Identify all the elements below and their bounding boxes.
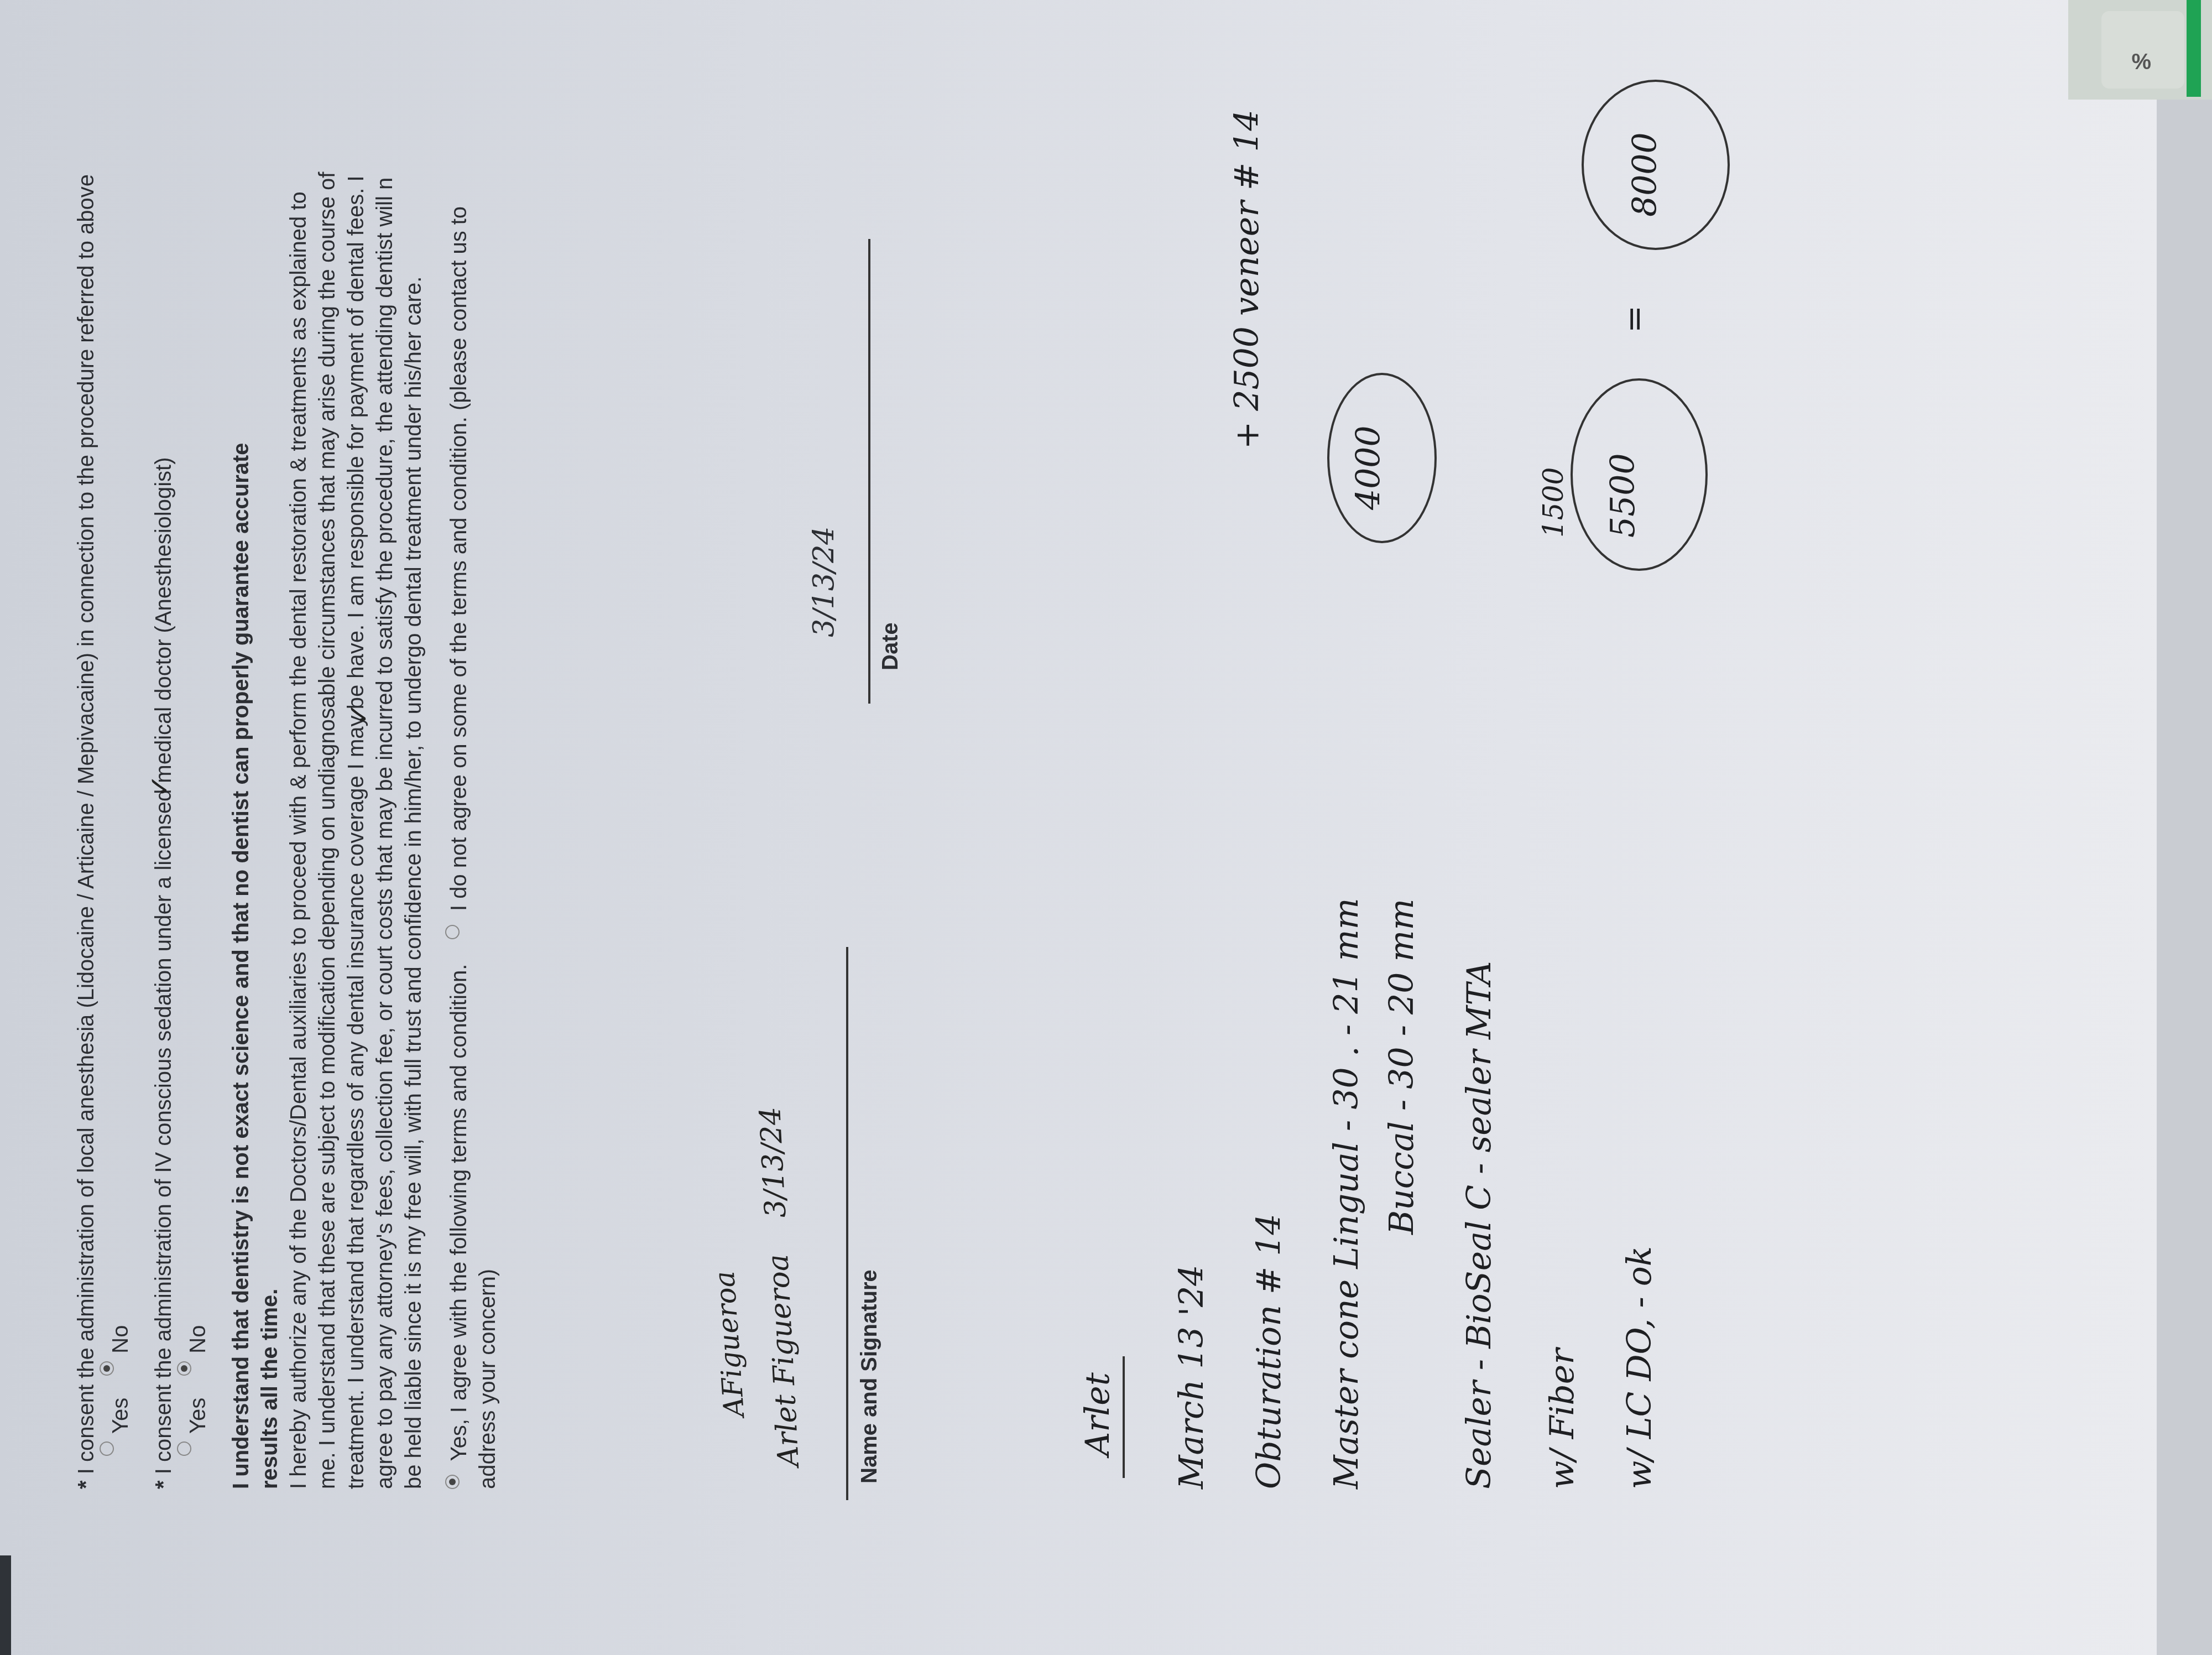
question-local-anesthesia: * I consent the administration of local … bbox=[72, 162, 101, 1489]
handwritten-signature: AFigueroa bbox=[708, 1270, 750, 1418]
fee-veneer: + 2500 veneer # 14 bbox=[1228, 110, 1266, 449]
signature-label: Name and Signature bbox=[857, 947, 882, 1484]
note-line: w/ LC DO, - ok bbox=[1620, 1246, 1659, 1489]
printed-form: * I consent the administration of local … bbox=[72, 162, 502, 1489]
question-text: I consent the administration of local an… bbox=[74, 174, 98, 1474]
note-line: Sealer - BioSeal C - sealer MTA bbox=[1460, 961, 1499, 1489]
radio-group-local-anesthesia: Yes No bbox=[106, 162, 135, 1456]
name-text: Arlet Figueroa bbox=[761, 1253, 806, 1467]
radio-no[interactable] bbox=[100, 1361, 114, 1376]
authorization-paragraph: I hereby authorize any of the Doctors/De… bbox=[284, 162, 428, 1489]
fee-subtotal: 4000 bbox=[1349, 425, 1388, 510]
agree-label: Yes, I agree with the following terms an… bbox=[447, 964, 471, 1461]
notes-header: Arlet bbox=[1078, 1372, 1117, 1456]
radio-label-no: No bbox=[106, 1325, 135, 1354]
question-text: I consent the administration of IV consc… bbox=[152, 457, 176, 1475]
required-mark: * bbox=[152, 1480, 176, 1489]
green-stripe bbox=[2187, 0, 2201, 97]
notes-header-underline bbox=[1123, 1356, 1125, 1478]
signature-block: AFigueroa Arlet Figueroa 3/13/24 Name an… bbox=[846, 947, 882, 1500]
agreement-group: Yes, I agree with the following terms an… bbox=[445, 162, 502, 1489]
date-label: Date bbox=[878, 239, 903, 670]
note-line: Obturation # 14 bbox=[1250, 1214, 1288, 1489]
key-glyph: % bbox=[2131, 50, 2151, 75]
required-mark: * bbox=[74, 1480, 98, 1489]
handwritten-name: Arlet Figueroa 3/13/24 bbox=[754, 1106, 806, 1468]
disclaimer-statement: I understand that dentistry is not exact… bbox=[227, 162, 255, 1489]
date-line[interactable] bbox=[868, 239, 870, 704]
note-line: Master cone Lingual - 30 . - 21 mm bbox=[1327, 898, 1366, 1489]
radio-yes[interactable] bbox=[100, 1441, 114, 1456]
question-iv-sedation: * I consent the administration of IV con… bbox=[149, 162, 178, 1489]
radio-yes[interactable] bbox=[177, 1441, 191, 1456]
radio-agree[interactable] bbox=[445, 1475, 460, 1489]
radio-label-no: No bbox=[184, 1325, 212, 1354]
note-line: w/ Fiber bbox=[1543, 1349, 1582, 1489]
radio-label-yes: Yes bbox=[184, 1398, 212, 1434]
radio-group-iv-sedation: Yes No bbox=[184, 162, 212, 1456]
sig-date-text: 3/13/24 bbox=[754, 1106, 792, 1219]
radio-label-yes: Yes bbox=[106, 1398, 135, 1434]
note-line: March 13 '24 bbox=[1172, 1265, 1211, 1489]
check-mark: ✓ bbox=[144, 774, 176, 798]
note-line: Buccal - 30 - 20 mm bbox=[1383, 899, 1421, 1235]
signature-line[interactable] bbox=[846, 947, 848, 1500]
date-block: 3/13/24 Date bbox=[868, 239, 903, 704]
radio-disagree[interactable] bbox=[445, 925, 460, 939]
disclaimer-statement-cont: results all the time. bbox=[255, 162, 284, 1489]
check-mark: ✓ bbox=[343, 702, 375, 726]
handwritten-date: 3/13/24 bbox=[807, 527, 841, 637]
radio-no[interactable] bbox=[177, 1361, 191, 1376]
consent-form-page: * I consent the administration of local … bbox=[0, 0, 2101, 1655]
fee-amount: 5500 bbox=[1604, 453, 1642, 538]
fee-1500: 1500 bbox=[1537, 467, 1569, 538]
fee-equals: = bbox=[1615, 305, 1653, 333]
fee-total: 8000 bbox=[1626, 132, 1665, 217]
